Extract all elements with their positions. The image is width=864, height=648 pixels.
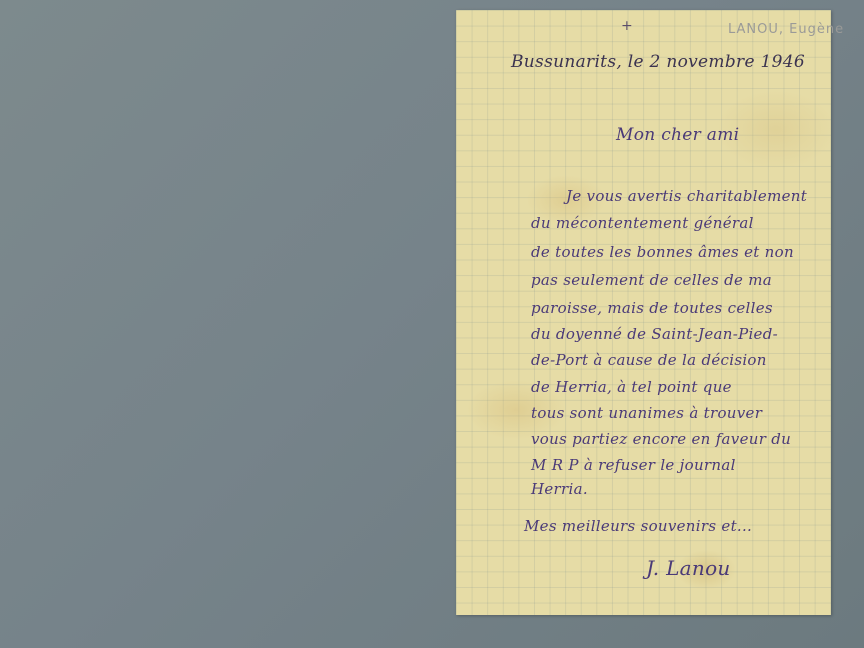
body-line-12: Herria. (531, 480, 588, 498)
cross-mark: + (621, 18, 633, 34)
body-line-3: de toutes les bonnes âmes et non (531, 243, 794, 261)
signature: J. Lanou (646, 556, 731, 580)
body-line-5: paroisse, mais de toutes celles (531, 299, 773, 317)
body-line-10: vous partiez encore en faveur du (531, 430, 791, 448)
body-line-2: du mécontentement général (531, 214, 754, 232)
place-date: Bussunarits, le 2 novembre 1946 (511, 52, 805, 72)
salutation: Mon cher ami (616, 125, 739, 145)
closing: Mes meilleurs souvenirs et... (524, 517, 752, 535)
body-line-4: pas seulement de celles de ma (531, 271, 772, 289)
archive-annotation: LANOU, Eugène (728, 22, 844, 37)
body-line-1: Je vous avertis charitablement (566, 187, 807, 205)
body-line-11: M R P à refuser le journal (531, 456, 736, 474)
body-line-6: du doyenné de Saint-Jean-Pied- (531, 325, 778, 343)
body-line-7: de-Port à cause de la décision (531, 351, 767, 369)
body-line-9: tous sont unanimes à trouver (531, 404, 762, 422)
body-line-8: de Herria, à tel point que (531, 378, 732, 396)
letter-page: + LANOU, Eugène Bussunarits, le 2 novemb… (456, 10, 831, 615)
